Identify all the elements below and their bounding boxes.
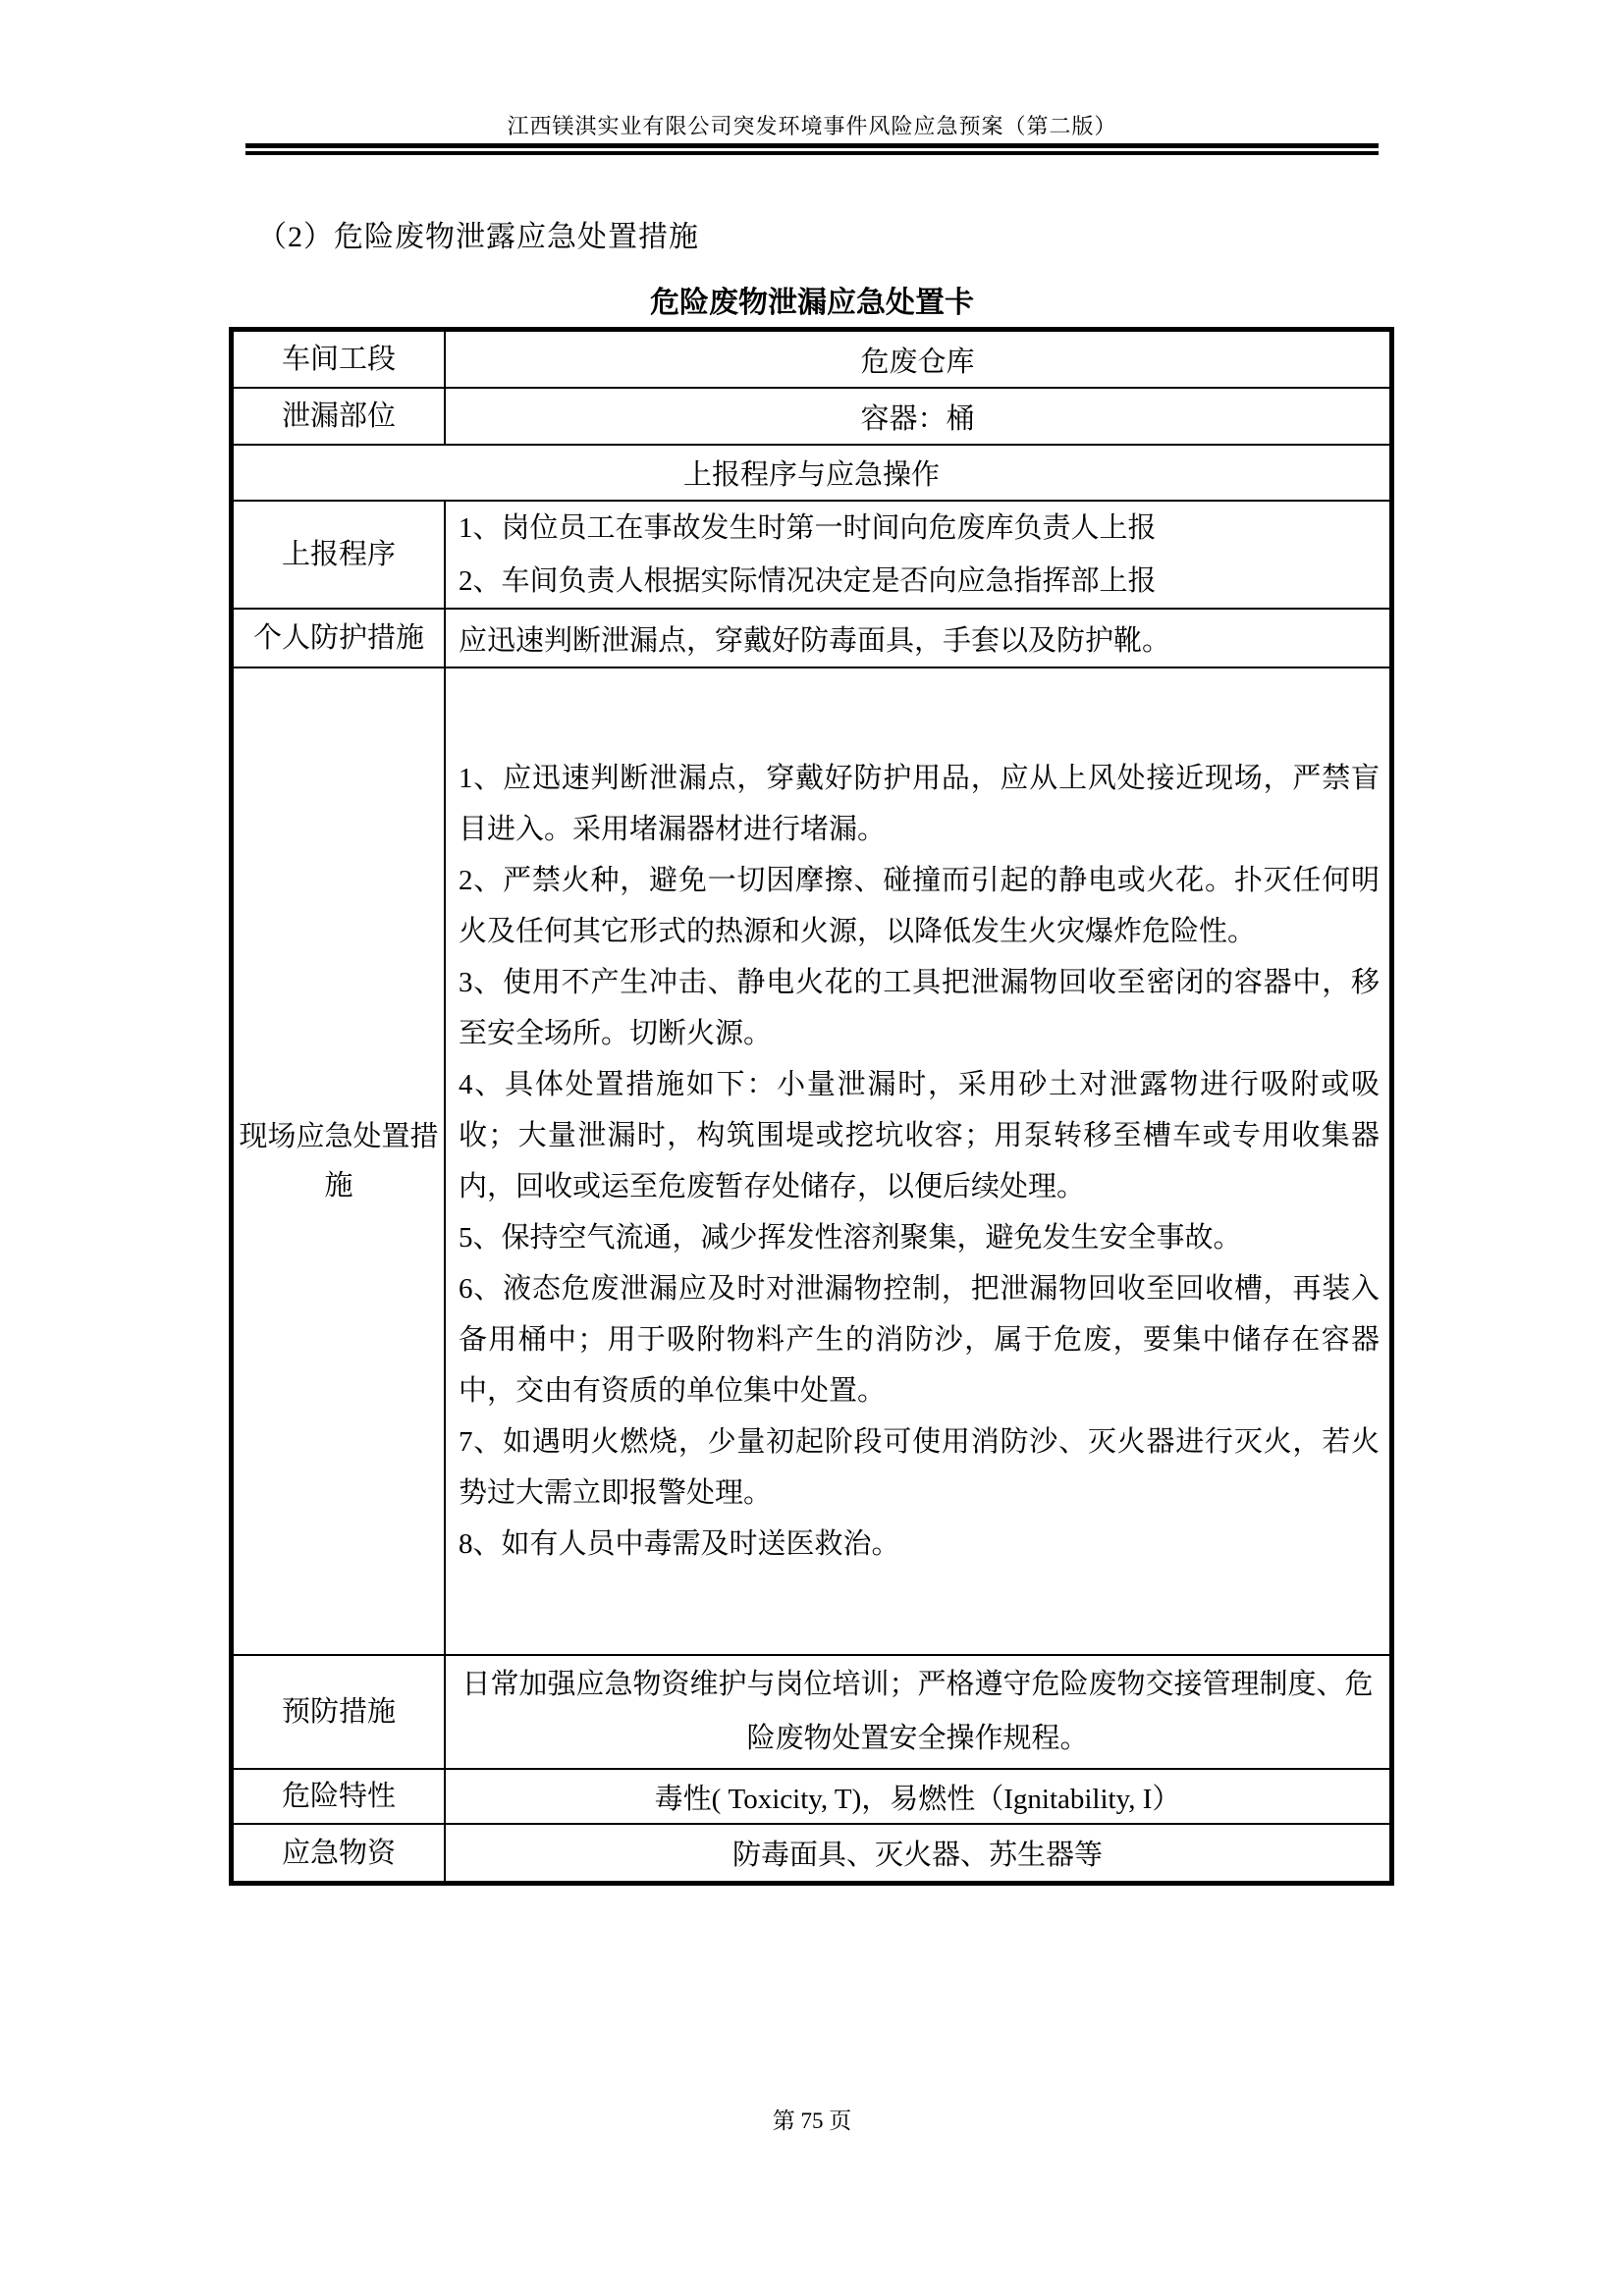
row-value-workshop: 危废仓库 (445, 330, 1392, 389)
row-label-onsite-measures: 现场应急处置措施 (232, 667, 446, 1655)
merged-header-cell: 上报程序与应急操作 (232, 445, 1392, 501)
row-label-emergency-supplies: 应急物资 (232, 1824, 446, 1884)
report-procedure-item: 2、车间负责人根据实际情况决定是否向应急指挥部上报 (459, 555, 1380, 608)
onsite-measure-item: 3、使用不产生冲击、静电火花的工具把泄漏物回收至密闭的容器中，移至安全场所。切断… (459, 957, 1380, 1059)
row-value-prevention: 日常加强应急物资维护与岗位培训；严格遵守危险废物交接管理制度、危险废物处置安全操… (445, 1655, 1392, 1769)
section-heading: （2）危险废物泄露应急处置措施 (257, 212, 699, 255)
table-row-leak-location: 泄漏部位 容器：桶 (232, 388, 1392, 445)
onsite-measure-item: 4、具体处置措施如下：小量泄漏时，采用砂土对泄露物进行吸附或吸收；大量泄漏时，构… (459, 1059, 1380, 1212)
page-footer: 第 75 页 (0, 2103, 1624, 2135)
header-rule (245, 143, 1379, 155)
row-value-report-procedure: 1、岗位员工在事故发生时第一时间向危废库负责人上报 2、车间负责人根据实际情况决… (445, 501, 1392, 609)
row-value-emergency-supplies: 防毒面具、灭火器、苏生器等 (445, 1824, 1392, 1884)
emergency-card-table: 车间工段 危废仓库 泄漏部位 容器：桶 上报程序与应急操作 上报程序 1、岗位员… (229, 327, 1394, 1886)
onsite-measure-item: 6、液态危废泄漏应及时对泄漏物控制，把泄漏物回收至回收槽，再装入备用桶中；用于吸… (459, 1263, 1380, 1416)
row-label-report-procedure: 上报程序 (232, 501, 446, 609)
onsite-measure-item: 2、严禁火种，避免一切因摩擦、碰撞而引起的静电或火花。扑灭任何明火及任何其它形式… (459, 855, 1380, 957)
row-value-onsite-measures: 1、应迅速判断泄漏点，穿戴好防护用品，应从上风处接近现场，严禁盲目进入。采用堵漏… (445, 667, 1392, 1655)
row-label-prevention: 预防措施 (232, 1655, 446, 1769)
table-row-prevention: 预防措施 日常加强应急物资维护与岗位培训；严格遵守危险废物交接管理制度、危险废物… (232, 1655, 1392, 1769)
table-row-report-procedure: 上报程序 1、岗位员工在事故发生时第一时间向危废库负责人上报 2、车间负责人根据… (232, 501, 1392, 609)
row-label-personal-protection: 个人防护措施 (232, 609, 446, 667)
table-caption: 危险废物泄漏应急处置卡 (0, 278, 1624, 321)
row-label-workshop: 车间工段 (232, 330, 446, 389)
page-header-title: 江西镁淇实业有限公司突发环境事件风险应急预案（第二版） (0, 110, 1624, 140)
report-procedure-item: 1、岗位员工在事故发生时第一时间向危废库负责人上报 (459, 502, 1380, 555)
row-label-hazard-characteristics: 危险特性 (232, 1769, 446, 1824)
table-row-merged-header: 上报程序与应急操作 (232, 445, 1392, 501)
row-label-leak-location: 泄漏部位 (232, 388, 446, 445)
onsite-measure-item: 7、如遇明火燃烧，少量初起阶段可使用消防沙、灭火器进行灭火，若火势过大需立即报警… (459, 1416, 1380, 1519)
row-value-leak-location: 容器：桶 (445, 388, 1392, 445)
table-row-workshop: 车间工段 危废仓库 (232, 330, 1392, 389)
onsite-measure-item: 8、如有人员中毒需及时送医救治。 (459, 1519, 1380, 1570)
onsite-measure-item: 1、应迅速判断泄漏点，穿戴好防护用品，应从上风处接近现场，严禁盲目进入。采用堵漏… (459, 753, 1380, 855)
table-row-hazard-characteristics: 危险特性 毒性( Toxicity, T)，易燃性（Ignitability, … (232, 1769, 1392, 1824)
table-row-emergency-supplies: 应急物资 防毒面具、灭火器、苏生器等 (232, 1824, 1392, 1884)
row-value-personal-protection: 应迅速判断泄漏点，穿戴好防毒面具，手套以及防护靴。 (445, 609, 1392, 667)
onsite-measure-item: 5、保持空气流通，减少挥发性溶剂聚集，避免发生安全事故。 (459, 1212, 1380, 1263)
table-row-personal-protection: 个人防护措施 应迅速判断泄漏点，穿戴好防毒面具，手套以及防护靴。 (232, 609, 1392, 667)
table-row-onsite-measures: 现场应急处置措施 1、应迅速判断泄漏点，穿戴好防护用品，应从上风处接近现场，严禁… (232, 667, 1392, 1655)
row-value-hazard-characteristics: 毒性( Toxicity, T)，易燃性（Ignitability, I） (445, 1769, 1392, 1824)
